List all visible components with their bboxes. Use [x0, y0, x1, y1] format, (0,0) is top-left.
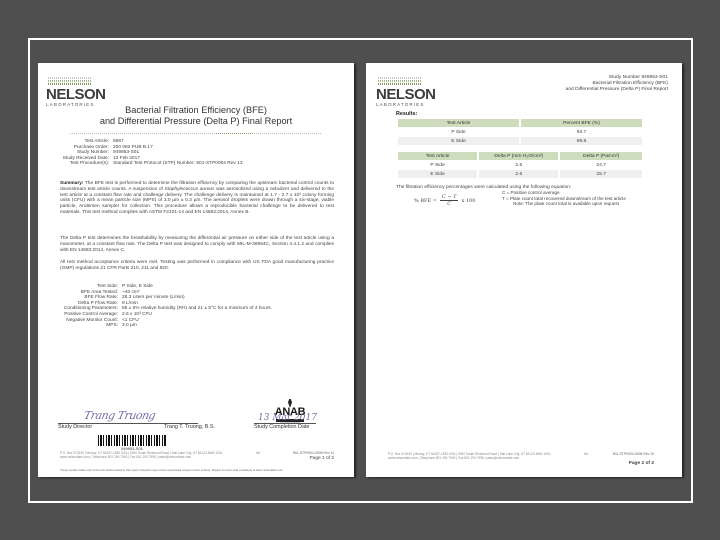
footer-mark: fch — [584, 452, 588, 456]
disclaimer: These results relate only to the test ar… — [60, 468, 340, 472]
page-header: Study Number 949953-S01 Bacterial Filtra… — [566, 75, 668, 92]
column-header: Delta P (Pa/cm²) — [560, 152, 642, 160]
delta-p-results-table: Test Article Delta P (mm H₂O/cm²) Delta … — [396, 151, 644, 179]
report-page-2: NELSON LABORATORIES Study Number 949953-… — [366, 63, 682, 477]
column-header: Percent BFE (%) — [521, 119, 642, 127]
info-row: Test Procedure(s):Standard Test Protocol… — [38, 161, 243, 167]
completion-date-handwritten: 13 Mar 2017 — [258, 413, 317, 423]
footer-address: P.O. Box 571830 | Murray, UT 84157-1830 … — [60, 451, 240, 460]
title-divider — [70, 133, 322, 134]
report-title-line2: and Differential Pressure (Delta P) Fina… — [38, 116, 354, 127]
equation-legend: C = Positive control average T = Plate c… — [502, 190, 626, 207]
report-page-1: NELSON LABORATORIES Bacterial Filtration… — [38, 63, 354, 477]
page-number: Page 1 of 2 — [309, 456, 334, 461]
delta-p-paragraph: The Delta P test determines the breathab… — [60, 236, 334, 253]
test-procedure-value: Standard Test Protocol (STP) Number: 601… — [113, 161, 243, 167]
param-row: MPS:3.0 µm — [38, 323, 272, 329]
equation-note: Note: The plate count total is available… — [502, 201, 626, 207]
bfe-equation: % BFE = C − T C x 100 — [414, 194, 475, 207]
barcode-icon — [98, 435, 166, 446]
page-number: Page 2 of 2 — [629, 461, 654, 466]
table-row: E Side 2.6 25.7 — [398, 170, 642, 178]
director-name: Trang T. Truong, B.S. — [164, 424, 215, 430]
study-director-label: Study Director — [58, 424, 92, 430]
results-heading: Results: — [396, 111, 417, 117]
bfe-results-table: Test Article Percent BFE (%) P Side 93.7… — [396, 118, 644, 146]
completion-date-label: Study Completion Date — [254, 424, 309, 430]
nelson-labs-logo: NELSON LABORATORIES — [46, 77, 96, 108]
nelson-labs-logo: NELSON LABORATORIES — [376, 77, 426, 108]
summary-paragraph: Summary: The BFE test is performed to de… — [60, 181, 334, 216]
acceptance-paragraph: All test method acceptance criteria were… — [60, 260, 334, 272]
logo-wordmark: NELSON — [46, 88, 96, 102]
table-row: P Side 2.5 24.7 — [398, 161, 642, 169]
column-header: Delta P (mm H₂O/cm²) — [479, 152, 558, 160]
report-title: Bacterial Filtration Efficiency (BFE) an… — [38, 105, 354, 127]
column-header: Test Article — [398, 152, 477, 160]
column-header: Test Article — [398, 119, 519, 127]
study-info: Test Article:8857 Purchase Order:200 082… — [38, 139, 243, 167]
document-code: 801-STP0004-0008 Rev 10 — [613, 452, 654, 456]
footer-address: P.O. Box 571830 | Murray, UT 84157-1830 … — [388, 452, 564, 461]
footer-mark: fch — [256, 451, 260, 455]
table-row: P Side 93.7 — [398, 128, 642, 136]
director-signature: Trang Truong — [83, 409, 157, 422]
logo-wordmark: NELSON — [376, 88, 426, 102]
document-code: 801-STP0004-0008 Rev 11 — [293, 451, 334, 455]
table-row: E Side 99.8 — [398, 137, 642, 145]
test-parameters: Test Side:P Side, E Side BFE Area Tested… — [38, 284, 272, 329]
logo-subtitle: LABORATORIES — [376, 102, 426, 108]
report-title-line1: Bacterial Filtration Efficiency (BFE) — [38, 105, 354, 116]
signature-block: ANAB ACCREDITED Trang Truong Study Direc… — [38, 393, 354, 473]
